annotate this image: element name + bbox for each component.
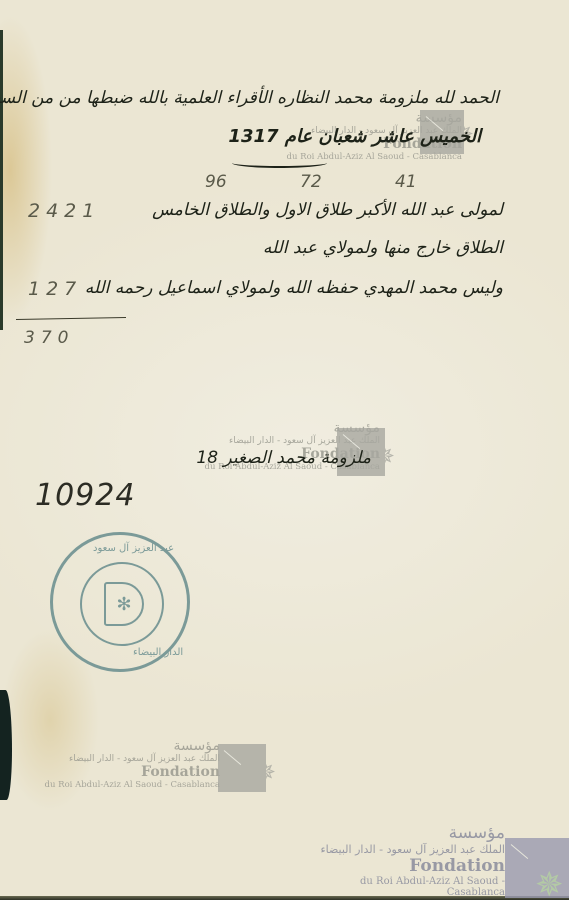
stamp-text-bottom: الدار البيضاء <box>133 647 183 658</box>
pencil-number: 41 <box>395 172 417 192</box>
manuscript-line-1: الحمد لله ملزومة محمد النظاره الأقراء ال… <box>0 88 499 108</box>
date-underline <box>232 158 327 168</box>
stamp-inner-ring: ✻ <box>80 562 164 646</box>
binding-edge <box>0 30 3 330</box>
catalog-number: 10924 <box>35 478 135 513</box>
library-stamp: عبد العزيز آل سعود ✻ الدار البيضاء <box>50 532 190 672</box>
watermark-logo-icon: ✵ <box>218 744 266 792</box>
watermark-logo-icon: ✵ <box>505 838 569 898</box>
manuscript-line-3: لمولى عبد الله الأكبر طلاق الاول والطلاق… <box>152 200 503 220</box>
margin-sum: 370 <box>24 328 74 348</box>
margin-number-top: 2421 <box>28 200 100 222</box>
manuscript-line-5: وليس محمد المهدي حفظه الله ولمولاي اسماع… <box>85 278 503 298</box>
manuscript-page: مؤسسة الملك عبد العزيز آل سعود - الدار ا… <box>0 0 569 900</box>
sum-line <box>16 317 126 320</box>
torn-edge-shadow <box>0 690 12 800</box>
watermark-fondation-primary: مؤسسة الملك عبد العزيز آل سعود - الدار ا… <box>300 823 505 898</box>
manuscript-line-6: ملزومة محمد الصغير 18 <box>196 448 371 468</box>
watermark-fondation: مؤسسة الملك عبد العزيز آل سعود - الدار ا… <box>20 738 220 790</box>
pencil-number: 96 <box>205 172 227 192</box>
stamp-text-top: عبد العزيز آل سعود <box>93 543 174 554</box>
manuscript-line-2: الخميس عاشر شعبان عام 1317 <box>228 126 481 147</box>
star-emblem-icon: ✻ <box>104 582 144 626</box>
margin-number-middle: 127 <box>28 278 82 300</box>
pencil-number: 72 <box>300 172 322 192</box>
manuscript-line-4: الطلاق خارج منها ولمولاي عبد الله <box>263 238 503 258</box>
